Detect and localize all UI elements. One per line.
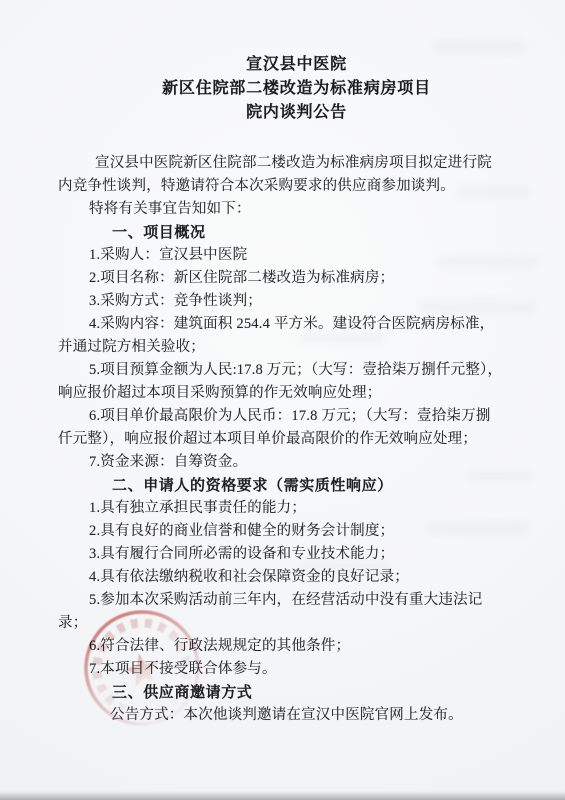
text-line: 3.采购方式：竞争性谈判；	[58, 290, 528, 313]
text-line: 4.采购内容：建筑面积 254.4 平方米。建设符合医院病房标准，	[58, 313, 528, 336]
scanned-page: 宣汉县中医院 新区住院部二楼改造为标准病房项目 院内谈判公告 宣汉县中医院新区住…	[0, 0, 565, 800]
text-line: 3.具有履行合同所必需的设备和专业技术能力；	[58, 543, 528, 566]
text-line: 5.项目预算金额为人民:17.8 万元；（大写：壹拾柒万捌仟元整），	[58, 359, 528, 382]
page-bottom-edge	[0, 791, 565, 800]
official-seal-stamp	[65, 591, 219, 745]
text-line: 2.项目名称：新区住院部二楼改造为标准病房；	[58, 267, 528, 290]
document-title: 宣汉县中医院 新区住院部二楼改造为标准病房项目 院内谈判公告	[14, 53, 565, 125]
seal-star-icon	[122, 650, 162, 689]
title-line: 宣汉县中医院	[14, 53, 565, 77]
text-line: 宣汉县中医院新区住院部二楼改造为标准病房项目拟定进行院	[58, 152, 528, 175]
text-line: 2.具有良好的商业信誉和健全的财务会计制度；	[58, 520, 528, 543]
text-line: 内竞争性谈判，特邀请符合本次采购要求的供应商参加谈判。	[58, 175, 528, 198]
title-line: 院内谈判公告	[14, 101, 565, 125]
title-line: 新区住院部二楼改造为标准病房项目	[14, 77, 565, 101]
text-line: 4.具有依法缴纳税收和社会保障资金的良好记录；	[58, 566, 528, 589]
text-line: 特将有关事宜告知如下：	[58, 198, 528, 221]
text-line: 仟元整），响应报价超过本项目单价最高限价的作无效响应处理；	[58, 428, 528, 451]
bleedthrough-artifact	[432, 40, 524, 54]
text-line: 1.采购人：宣汉县中医院	[58, 244, 528, 267]
text-line: 二、申请人的资格要求（需实质性响应）	[58, 474, 528, 497]
text-line: 一、项目概况	[58, 221, 528, 244]
text-line: 1.具有独立承担民事责任的能力；	[58, 497, 528, 520]
text-line: 并通过院方相关验收；	[58, 336, 528, 359]
text-line: 响应报价超过本项目采购预算的作无效响应处理；	[58, 382, 528, 405]
text-line: 6.项目单价最高限价为人民币：17.8 万元；（大写：壹拾柒万捌	[58, 405, 528, 428]
text-line: 7.资金来源：自筹资金。	[58, 451, 528, 474]
